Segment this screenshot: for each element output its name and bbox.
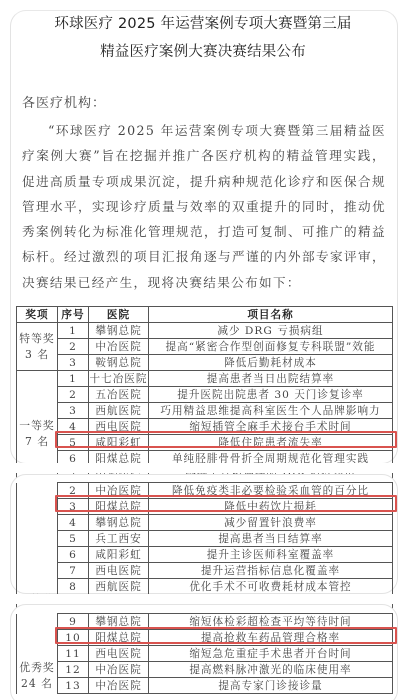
row-hospital: 兵工西安	[89, 531, 149, 547]
page-title-line1: 环球医疗 2025 年运营案例专项大赛暨第三届	[0, 12, 406, 33]
row-project: 缩短急危重症手术患者开台时间	[149, 646, 393, 662]
card-separator	[0, 463, 406, 473]
row-number: 6	[58, 547, 89, 563]
table-row: 6 咸阳彩虹 提升主诊医师科室覆盖率	[17, 547, 393, 563]
table-row-highlighted: 3 阳煤总院 降低中药饮片损耗	[17, 499, 393, 515]
row-hospital: 咸阳彩虹	[89, 547, 149, 563]
row-hospital: 五冶医院	[89, 387, 149, 403]
row-number: 8	[58, 579, 89, 595]
table-row: 8 西航医院 优化手术不可收费耗材成本管控	[17, 579, 393, 595]
header-number: 序号	[58, 307, 89, 323]
table-row-highlighted: 10 阳煤总院 提高抢救车药品管理合格率	[17, 630, 393, 646]
row-project: 提高抢救车药品管理合格率	[149, 630, 393, 646]
row-hospital: 攀钢总院	[89, 614, 149, 630]
row-hospital: 西航医院	[89, 403, 149, 419]
header-project: 项目名称	[149, 307, 393, 323]
table-row: 5 兵工西安 提高患者当日结算率	[17, 531, 393, 547]
row-number: 4	[58, 419, 89, 435]
row-project: 降低免疫类非必要检验采血管的百分比	[149, 483, 393, 499]
table-row: 13 中冶医院 提高专家门诊接诊量	[17, 678, 393, 694]
table-row: 三等奖16 名 2 中冶医院 降低免疫类非必要检验采血管的百分比	[17, 483, 393, 499]
row-hospital: 鞍钢总院	[89, 355, 149, 371]
row-project: 提高患者当日结算率	[149, 531, 393, 547]
row-hospital: 攀钢总院	[89, 515, 149, 531]
row-number: 2	[58, 387, 89, 403]
row-number: 5	[58, 531, 89, 547]
row-hospital: 中冶医院	[89, 339, 149, 355]
row-project: 降低后勤耗材成本	[149, 355, 393, 371]
row-hospital: 阳煤总院	[89, 630, 149, 646]
row-hospital: 攀钢总院	[89, 323, 149, 339]
row-hospital: 西电医院	[89, 563, 149, 579]
table-row: 4 攀钢总院 减少留置针浪费率	[17, 515, 393, 531]
table-row: 2 五冶医院 提升医院出院患者 30 天门诊复诊率	[17, 387, 393, 403]
row-number: 3	[58, 403, 89, 419]
table-row: 5 咸阳彩虹 降低住院患者流失率	[17, 435, 393, 451]
row-project: 提高“紧密合作型创面修复专科联盟”效能	[149, 339, 393, 355]
row-project: 降低中药饮片损耗	[149, 499, 393, 515]
row-hospital: 西电医院	[89, 419, 149, 435]
row-hospital: 中冶医院	[89, 678, 149, 694]
row-number: 1	[58, 323, 89, 339]
row-project: 缩短插管全麻手术接台手术时间	[149, 419, 393, 435]
row-number: 13	[58, 678, 89, 694]
row-project: 优化手术不可收费耗材成本管控	[149, 579, 393, 595]
row-project: 减少留置针浪费率	[149, 515, 393, 531]
row-project: 巧用精益思维提高科室医生个人品牌影响力	[149, 403, 393, 419]
row-project: 提升医院出院患者 30 天门诊复诊率	[149, 387, 393, 403]
row-project: 降低住院患者流失率	[149, 435, 393, 451]
row-project: 缩短体检彩超检查平均等待时间	[149, 614, 393, 630]
row-number: 3	[58, 355, 89, 371]
row-number: 1	[58, 371, 89, 387]
row-number: 7	[58, 563, 89, 579]
table-row: 12 中冶医院 提高燃料脉冲激光的临床使用率	[17, 662, 393, 678]
row-hospital: 阳煤总院	[89, 499, 149, 515]
row-hospital: 咸阳彩虹	[89, 435, 149, 451]
table-row: 4 西电医院 缩短插管全麻手术接台手术时间	[17, 419, 393, 435]
row-hospital: 西航医院	[89, 579, 149, 595]
table-row: 3 鞍钢总院 降低后勤耗材成本	[17, 355, 393, 371]
row-number: 2	[58, 339, 89, 355]
row-number: 11	[58, 646, 89, 662]
table-row: 3 西航医院 巧用精益思维提高科室医生个人品牌影响力	[17, 403, 393, 419]
intro-paragraph: “环球医疗 2025 年运营案例专项大赛暨第三届精益医疗案例大赛”旨在挖掘并推广…	[22, 118, 386, 295]
row-project: 减少 DRG 亏损病组	[149, 323, 393, 339]
row-hospital: 中冶医院	[89, 483, 149, 499]
table-row: 一等奖7 名 1 十七冶医院 提高患者当日出院结算率	[17, 371, 393, 387]
salutation: 各医疗机构：	[22, 92, 106, 111]
row-project: 提升主诊医师科室覆盖率	[149, 547, 393, 563]
row-number: 10	[58, 630, 89, 646]
award-excellent: 优秀奖24 名	[17, 614, 58, 694]
row-project: 提高患者当日出院结算率	[149, 371, 393, 387]
row-number: 9	[58, 614, 89, 630]
table-header-row: 奖项 序号 医院 项目名称	[17, 307, 393, 323]
row-hospital: 中冶医院	[89, 662, 149, 678]
card-separator	[0, 594, 406, 604]
row-project: 提高燃料脉冲激光的临床使用率	[149, 662, 393, 678]
row-number: 2	[58, 483, 89, 499]
row-hospital: 十七冶医院	[89, 371, 149, 387]
row-number: 3	[58, 499, 89, 515]
header-award: 奖项	[17, 307, 58, 323]
award-special: 特等奖3 名	[17, 323, 58, 371]
table-row: 优秀奖24 名 9 攀钢总院 缩短体检彩超检查平均等待时间	[17, 614, 393, 630]
table-row: 7 西电医院 提升运营指标信息化覆盖率	[17, 563, 393, 579]
row-project: 提升运营指标信息化覆盖率	[149, 563, 393, 579]
table-row: 特等奖3 名 1 攀钢总院 减少 DRG 亏损病组	[17, 323, 393, 339]
table-row: 11 西电医院 缩短急危重症手术患者开台时间	[17, 646, 393, 662]
row-project: 提高专家门诊接诊量	[149, 678, 393, 694]
header-hospital: 医院	[89, 307, 149, 323]
row-number: 12	[58, 662, 89, 678]
row-number: 5	[58, 435, 89, 451]
page-title-line2: 精益医疗案例大赛决赛结果公布	[0, 40, 406, 61]
results-table-excellent: 优秀奖24 名 9 攀钢总院 缩短体检彩超检查平均等待时间 10 阳煤总院 提高…	[16, 613, 393, 694]
table-row: 2 中冶医院 提高“紧密合作型创面修复专科联盟”效能	[17, 339, 393, 355]
row-number: 4	[58, 515, 89, 531]
row-hospital: 西电医院	[89, 646, 149, 662]
